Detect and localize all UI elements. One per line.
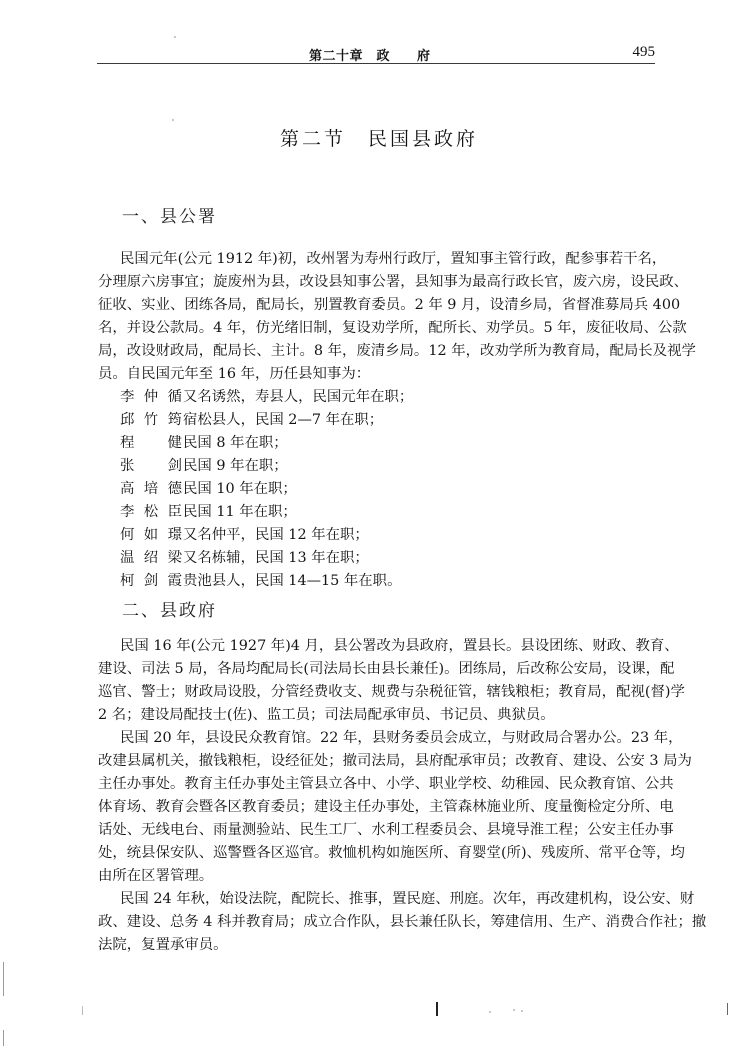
running-header: 第二十章 政 府 495	[97, 36, 655, 64]
official-name: 邱竹筠	[120, 411, 182, 429]
scan-edge-mark	[436, 1002, 438, 1016]
list-item: 何如璟又名仲平，民国 12 年在职；	[120, 526, 369, 544]
official-name: 高培德	[120, 480, 182, 498]
text-line: 民国 16 年(公元 1927 年)4 月，县公署改为县政府，置县长。县设团练、…	[120, 637, 651, 655]
scan-speck	[513, 1009, 515, 1011]
official-detail: 又名仲平，民国 12 年在职；	[183, 526, 369, 544]
text-line: 法院，复置承审员。	[98, 936, 651, 954]
list-item: 程健民国 8 年在职；	[120, 434, 288, 452]
scan-speck	[172, 119, 174, 121]
text-line: 局，改设财政局，配局长、主计。8 年，废清乡局。12 年，改劝学所为教育局，配局…	[98, 342, 651, 360]
scan-edge-mark	[3, 962, 4, 996]
list-item: 高培德民国 10 年在职；	[120, 480, 297, 498]
official-detail: 贵池县人，民国 14—15 年在职。	[183, 572, 401, 590]
official-name: 李松臣	[120, 503, 182, 521]
book-page: 第二十章 政 府 495 第二节 民国县政府 一、县公署 民国元年(公元 191…	[0, 0, 747, 1046]
official-name: 张剑	[120, 457, 182, 475]
text-line: 2 名；建设局配技士(佐)、监工员；司法局配承审员、书记员、典狱员。	[98, 706, 651, 724]
official-detail: 宿松县人，民国 2—7 年在职；	[183, 411, 383, 429]
official-detail: 民国 9 年在职；	[183, 457, 288, 475]
text-line: 巡官、警士；财政局设股，分管经费收支、规费与杂税征管，辖钱粮柜；教育局，配视(督…	[98, 683, 651, 701]
text-line: 民国 24 年秋，始设法院，配院长、推事，置民庭、刑庭。次年，再改建机构，设公安…	[120, 890, 651, 908]
official-detail: 民国 8 年在职；	[183, 434, 288, 452]
text-line: 政、建设、总务 4 科并教育局；成立合作队，县长兼任队长，筹建信用、生产、消费合…	[98, 913, 651, 931]
official-name: 程健	[120, 434, 182, 452]
list-item: 温绍梁又名栋辅，民国 13 年在职；	[120, 549, 369, 567]
text-line: 由所在区署管理。	[98, 867, 651, 885]
official-detail: 又名诱然，寿县人，民国元年在职；	[183, 388, 413, 406]
list-item: 李仲循又名诱然，寿县人，民国元年在职；	[120, 388, 413, 406]
subsection-heading-county-office: 一、县公署	[122, 202, 217, 227]
text-line: 分理原六房事宜；旋废州为县，改设县知事公署，县知事为最高行政长官，废六房，设民政…	[98, 273, 651, 291]
text-line: 民国 20 年，县设民众教育馆。22 年，县财务委员会成立，与财政局合署办公。2…	[120, 729, 651, 747]
text-line: 征收、实业、团练各局，配局长，别置教育委员。2 年 9 月，设清乡局，省督准募局…	[98, 296, 651, 314]
scan-edge-mark	[727, 1003, 728, 1015]
text-line: 主任办事处。教育主任办事处主管县立各中、小学、职业学校、幼稚园、民众教育馆、公共	[98, 775, 651, 793]
scan-speck	[489, 1011, 491, 1013]
text-line: 话处、无线电台、雨量测验站、民生工厂、水利工程委员会、县境导淮工程；公安主任办事	[98, 821, 651, 839]
official-name: 柯剑霞	[120, 572, 182, 590]
list-item: 柯剑霞贵池县人，民国 14—15 年在职。	[120, 572, 401, 590]
list-item: 李松臣民国 11 年在职；	[120, 503, 297, 521]
scan-speck	[174, 36, 176, 38]
text-line: 建设、司法 5 局，各局均配局长(司法局长由县长兼任)。团练局，后改称公安局，设…	[98, 660, 651, 678]
list-item: 邱竹筠宿松县人，民国 2—7 年在职；	[120, 411, 383, 429]
page-number: 495	[633, 44, 656, 61]
official-name: 何如璟	[120, 526, 182, 544]
header-rule	[97, 63, 655, 64]
text-line: 员。自民国元年至 16 年，历任县知事为：	[98, 365, 651, 383]
subsection-heading-county-government: 二、县政府	[122, 596, 217, 621]
text-line: 体育场、教育会暨各区教育委员；建设主任办事处，主管森林施业所、度量衡检定分所、电	[98, 798, 651, 816]
scan-edge-mark	[3, 1030, 4, 1046]
section-title: 第二节 民国县政府	[280, 124, 478, 151]
official-name: 温绍梁	[120, 549, 182, 567]
text-line: 改建县属机关，撤钱粮柜，设经征处；撤司法局，县府配承审员；改教育、建设、公安 3…	[98, 752, 651, 770]
text-line: 处，统县保安队、巡警暨各区巡官。救恤机构如施医所、育婴堂(所)、残废所、常平仓等…	[98, 844, 651, 862]
scan-edge-mark	[82, 1006, 83, 1015]
official-detail: 又名栋辅，民国 13 年在职；	[183, 549, 369, 567]
scan-speck	[521, 1010, 523, 1012]
chapter-title: 第二十章 政 府	[309, 45, 431, 64]
official-detail: 民国 11 年在职；	[183, 503, 297, 521]
list-item: 张剑民国 9 年在职；	[120, 457, 288, 475]
text-line: 民国元年(公元 1912 年)初，改州署为寿州行政厅，置知事主管行政，配参事若干…	[120, 250, 651, 268]
official-detail: 民国 10 年在职；	[183, 480, 297, 498]
text-line: 名，并设公款局。4 年，仿光绪旧制，复设劝学所，配所长、劝学员。5 年，废征收局…	[98, 319, 651, 337]
official-name: 李仲循	[120, 388, 182, 406]
